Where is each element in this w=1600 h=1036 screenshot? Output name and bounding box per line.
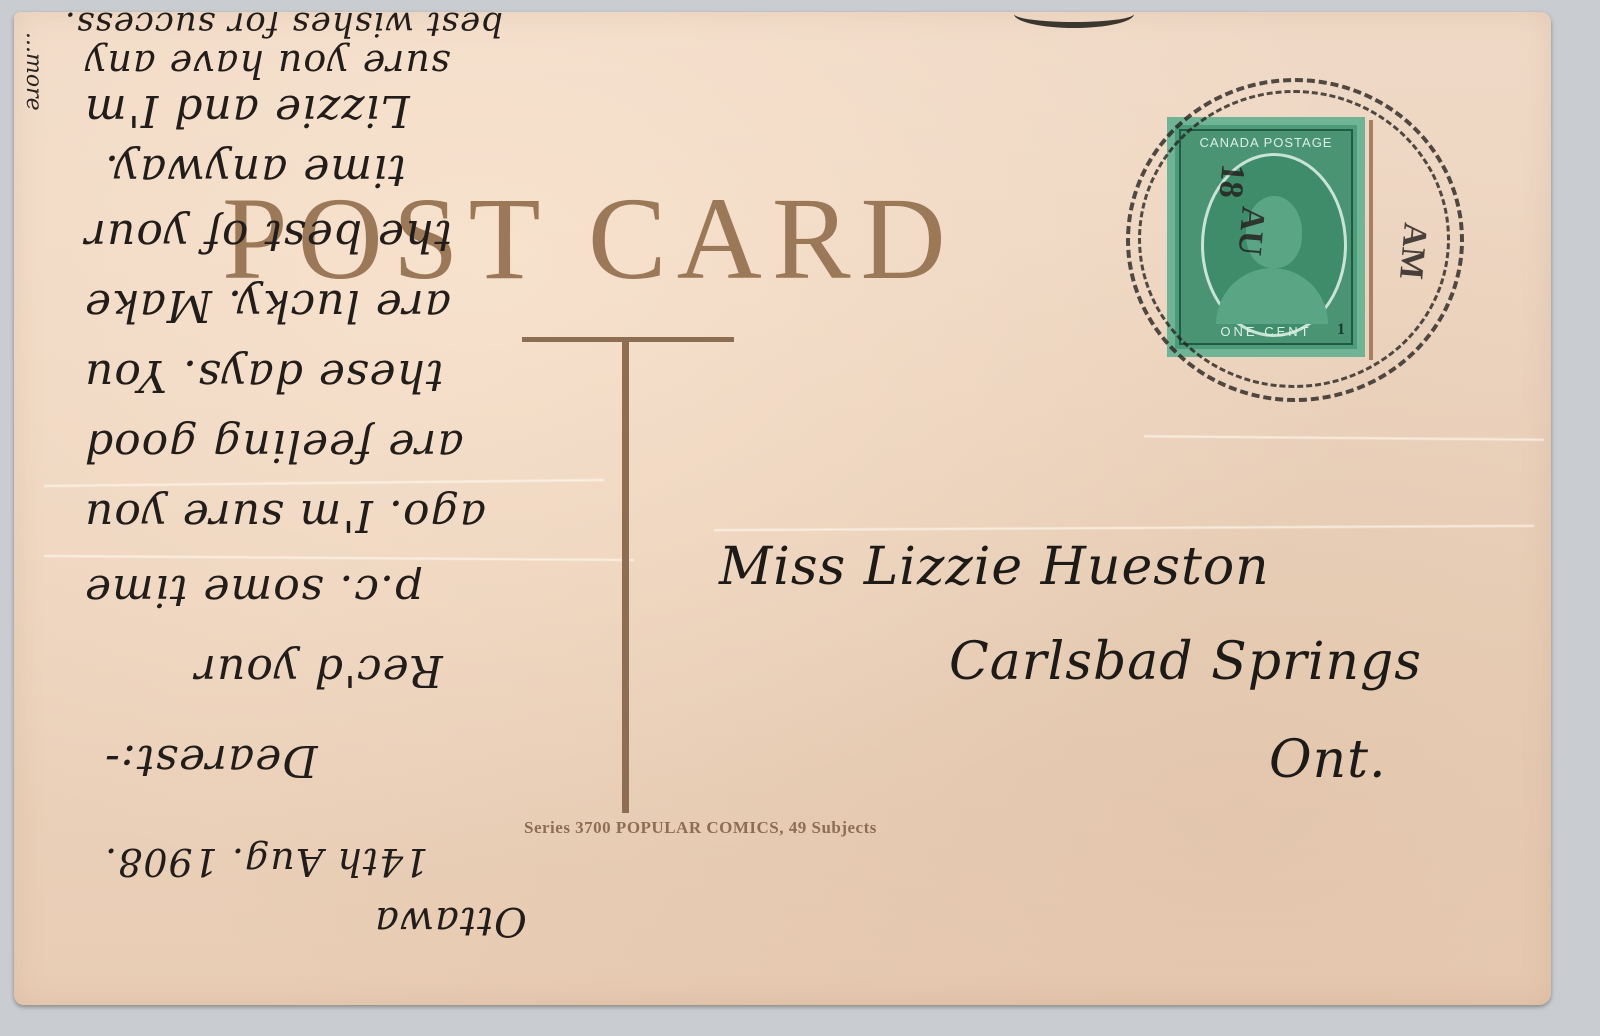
margin-note: ...more — [21, 32, 46, 111]
address-town: Carlsbad Springs — [949, 632, 1422, 692]
message-line: p.c. some time — [84, 565, 423, 616]
paper-crease — [714, 525, 1534, 531]
ink-smudge — [1014, 12, 1134, 28]
message-line: Rec'd your — [194, 645, 443, 696]
message-line: these days. You — [84, 350, 444, 401]
message-line: 14th Aug. 1908. — [104, 840, 428, 884]
message-line: Dearest:- — [104, 735, 318, 786]
handwritten-message: Ottawa 14th Aug. 1908. Dearest:- Rec'd y… — [44, 26, 634, 966]
postmark-text: AU — [1229, 205, 1271, 257]
message-line: Lizzie and I'm — [84, 85, 410, 136]
message-line: best wishes for success. — [64, 12, 503, 44]
postcard-back: POST CARD Series 3700 POPULAR COMICS, 49… — [14, 12, 1551, 1005]
message-line: are lucky. Make — [84, 280, 451, 331]
message-line: time anyway. — [104, 145, 406, 196]
message-line: are feeling good — [84, 420, 464, 471]
address-province: Ont. — [1269, 730, 1387, 790]
paper-crease — [1144, 435, 1544, 440]
postmark-text: AM — [1391, 221, 1434, 281]
address-recipient: Miss Lizzie Hueston — [719, 537, 1270, 597]
message-line: sure you have any — [84, 42, 450, 86]
message-line: the best of your — [84, 210, 452, 261]
message-line: Ottawa — [374, 898, 527, 944]
message-line: ago. I'm sure you — [84, 490, 486, 541]
postmark-text: 18 — [1211, 162, 1252, 199]
